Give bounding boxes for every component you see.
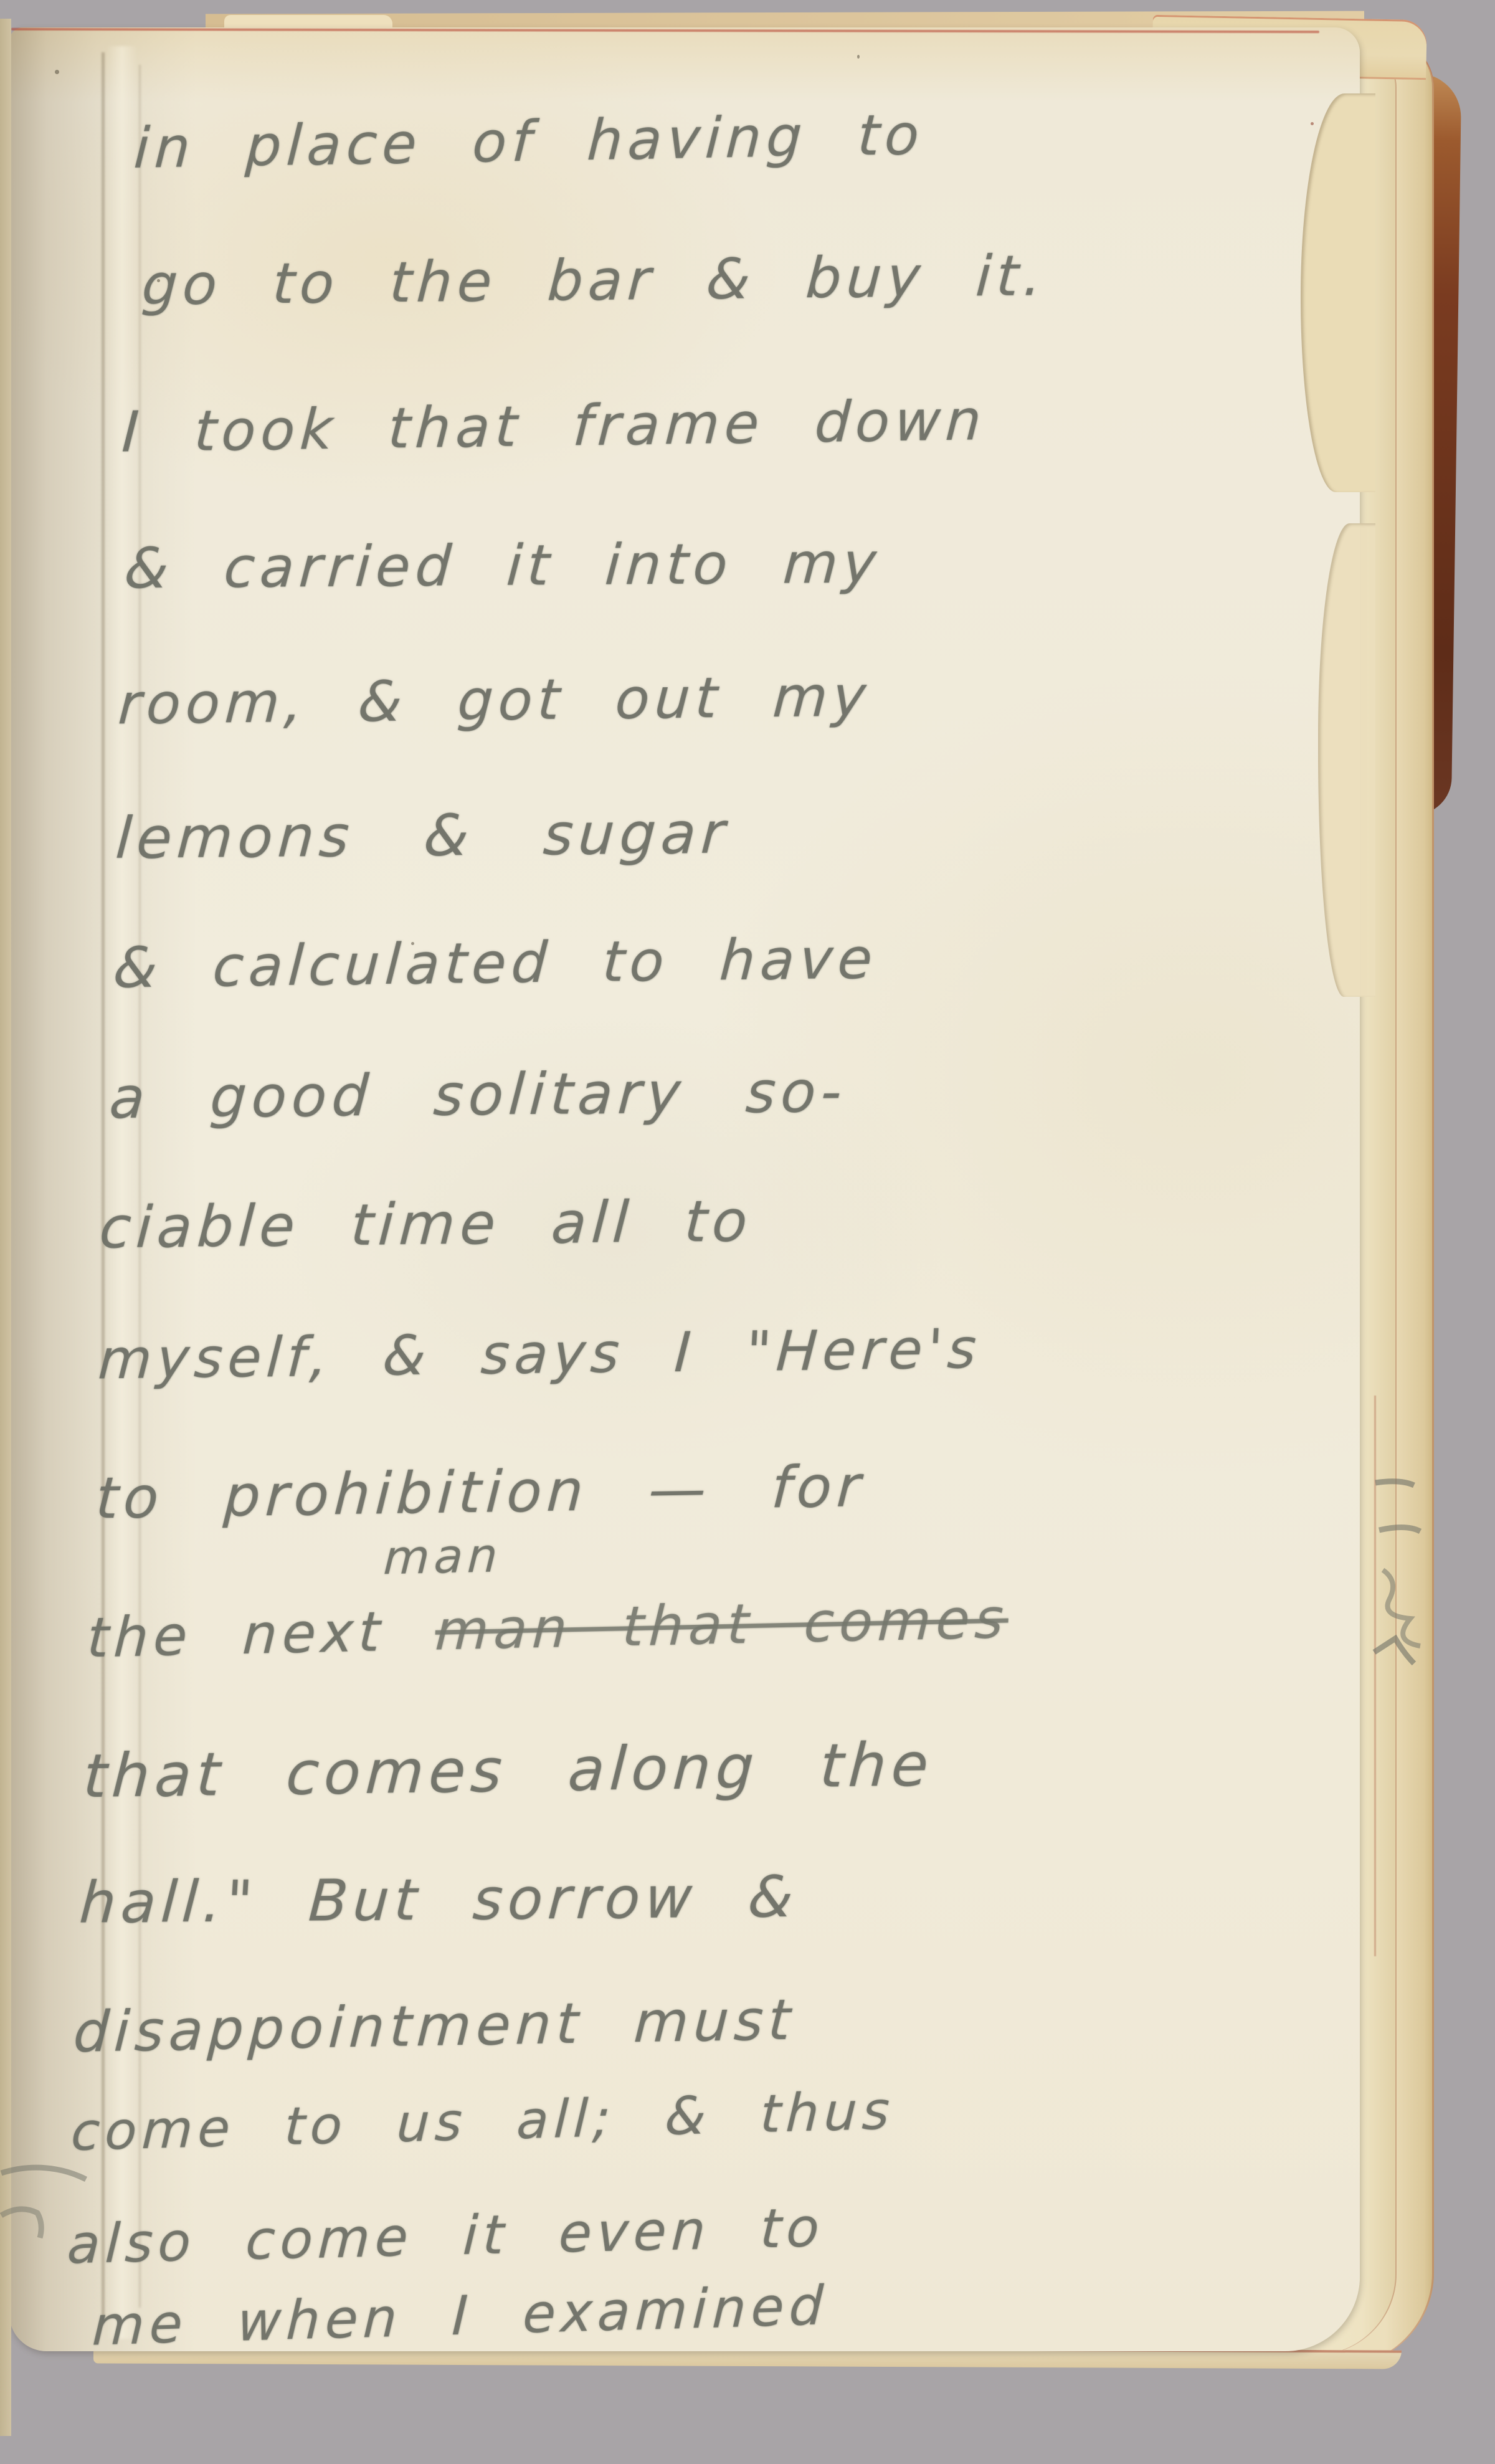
handwriting-segment: myself, & says I "Here's <box>97 1316 983 1391</box>
handwriting-line: the next man that comesman <box>86 1586 1010 1670</box>
handwriting-segment: & carried it into my <box>123 531 883 602</box>
paper-speck <box>857 55 860 59</box>
handwriting-line: also come it even to <box>66 2197 826 2276</box>
paper-speck <box>157 279 160 282</box>
handwriting-line: come to us all; & thus <box>70 2080 896 2163</box>
handwriting-segment: room, & got out my <box>116 664 873 738</box>
handwriting-segment: lemons & sugar <box>114 800 732 872</box>
paper-speck <box>1311 122 1314 125</box>
handwriting-segment: & calculated to have <box>112 926 879 1001</box>
stray-pencil-marks-left <box>0 2156 100 2243</box>
handwriting-segment: disappointment must <box>72 1987 797 2065</box>
handwriting-segment: hall." But sorrow & <box>78 1863 800 1936</box>
handwriting-segment: me when I examined <box>91 2275 829 2357</box>
paper-speck <box>411 942 414 945</box>
handwriting-line: disappointment must <box>72 1987 797 2065</box>
struck-text: man that comes <box>434 1586 1010 1662</box>
handwriting-line: that comes along the <box>82 1729 935 1811</box>
handwriting-segment: I took that frame down <box>120 388 988 465</box>
handwriting-line: & calculated to have <box>112 926 879 1001</box>
handwriting-line: room, & got out my <box>116 664 873 738</box>
inserted-word: man <box>382 1527 503 1585</box>
handwriting-line: in place of having to <box>132 102 926 181</box>
handwriting-segment: go to the bar & buy it. <box>140 243 1048 318</box>
handwriting-segment: in place of having to <box>132 102 926 181</box>
handwriting-line: me when I examined <box>91 2275 829 2357</box>
handwriting-segment: to prohibition — for <box>94 1453 867 1532</box>
handwriting-line: go to the bar & buy it. <box>140 243 1048 318</box>
notebook-photo: in place of having togo to the bar & buy… <box>0 0 1495 2464</box>
handwriting-text: in place of having togo to the bar & buy… <box>0 0 1495 2464</box>
handwriting-line: I took that frame down <box>120 388 988 465</box>
handwriting-line: to prohibition — for <box>94 1453 867 1532</box>
handwriting-segment: ciable time all to <box>98 1187 754 1261</box>
handwriting-line: lemons & sugar <box>114 800 732 872</box>
handwriting-line: hall." But sorrow & <box>78 1863 800 1936</box>
paper-speck <box>55 70 59 74</box>
handwriting-segment: the next <box>86 1599 437 1670</box>
handwriting-segment: come to us all; & thus <box>70 2080 896 2163</box>
handwriting-line: & carried it into my <box>123 531 883 602</box>
handwriting-segment: that comes along the <box>82 1729 935 1811</box>
handwriting-line: myself, & says I "Here's <box>97 1316 983 1391</box>
handwriting-segment: also come it even to <box>66 2197 826 2276</box>
handwriting-segment: a good solitary so- <box>108 1058 848 1131</box>
stray-pencil-marks-right <box>1370 1470 1445 1670</box>
handwriting-line: ciable time all to <box>98 1187 754 1261</box>
handwriting-line: a good solitary so- <box>108 1058 848 1131</box>
